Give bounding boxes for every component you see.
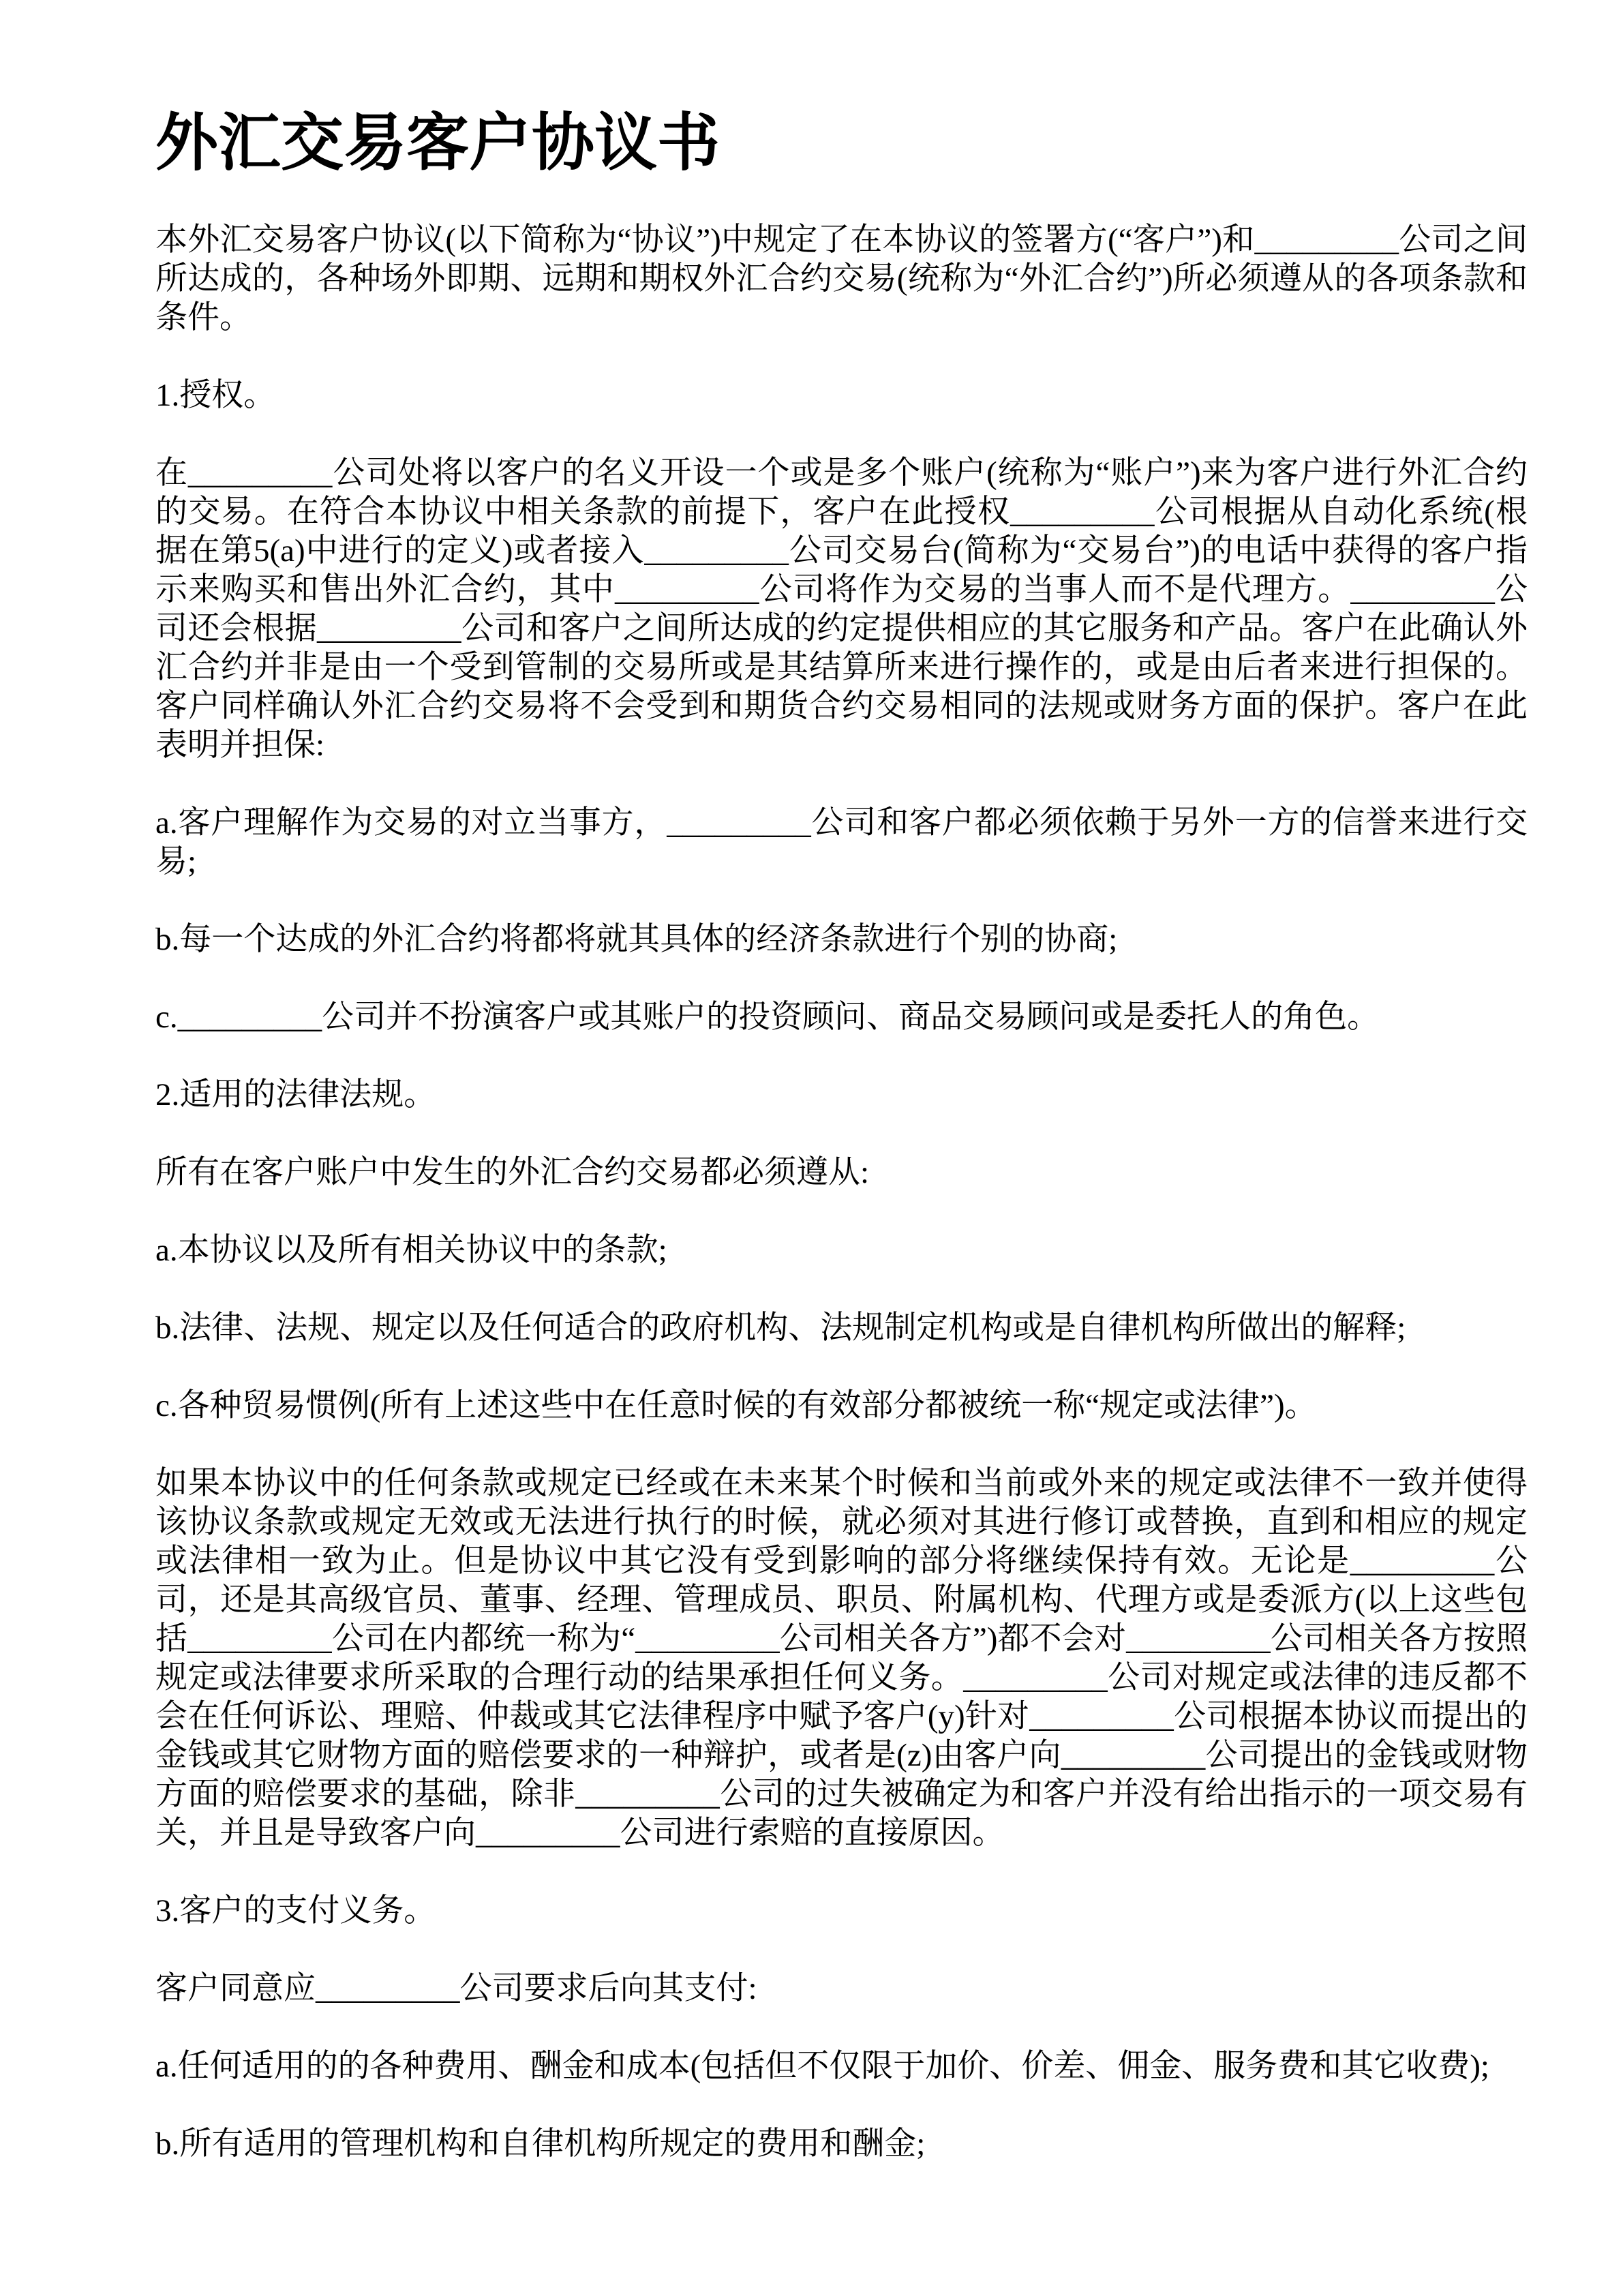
- paragraph: a.客户理解作为交易的对立当事方，_________公司和客户都必须依赖于另外一…: [155, 804, 1528, 881]
- paragraph: 本外汇交易客户协议(以下简称为“协议”)中规定了在本协议的签署方(“客户”)和_…: [155, 221, 1528, 337]
- paragraph: 在_________公司处将以客户的名义开设一个或是多个账户(统称为“账户”)来…: [155, 454, 1528, 765]
- paragraph: b.法律、法规、规定以及任何适合的政府机构、法规制定机构或是自律机构所做出的解释…: [155, 1309, 1528, 1348]
- document-title: 外汇交易客户协议书: [155, 108, 1528, 180]
- paragraph: 客户同意应_________公司要求后向其支付:: [155, 1969, 1528, 2008]
- paragraph: c._________公司并不扮演客户或其账户的投资顾问、商品交易顾问或是委托人…: [155, 998, 1528, 1037]
- paragraph: a.本协议以及所有相关协议中的条款;: [155, 1231, 1528, 1270]
- paragraph: 所有在客户账户中发生的外汇合约交易都必须遵从:: [155, 1153, 1528, 1192]
- document-body: 本外汇交易客户协议(以下简称为“协议”)中规定了在本协议的签署方(“客户”)和_…: [155, 221, 1528, 2164]
- section-heading: 1.授权。: [155, 376, 1528, 415]
- paragraph: b.每一个达成的外汇合约将都将就其具体的经济条款进行个别的协商;: [155, 920, 1528, 959]
- paragraph: a.任何适用的的各种费用、酬金和成本(包括但不仅限于加价、价差、佣金、服务费和其…: [155, 2047, 1528, 2086]
- paragraph: b.所有适用的管理机构和自律机构所规定的费用和酬金;: [155, 2125, 1528, 2164]
- document-page: 外汇交易客户协议书 本外汇交易客户协议(以下简称为“协议”)中规定了在本协议的签…: [0, 0, 1623, 2296]
- section-heading: 3.客户的支付义务。: [155, 1892, 1528, 1931]
- paragraph: 如果本协议中的任何条款或规定已经或在未来某个时候和当前或外来的规定或法律不一致并…: [155, 1464, 1528, 1853]
- paragraph: c.各种贸易惯例(所有上述这些中在任意时候的有效部分都被统一称“规定或法律”)。: [155, 1387, 1528, 1425]
- section-heading: 2.适用的法律法规。: [155, 1076, 1528, 1115]
